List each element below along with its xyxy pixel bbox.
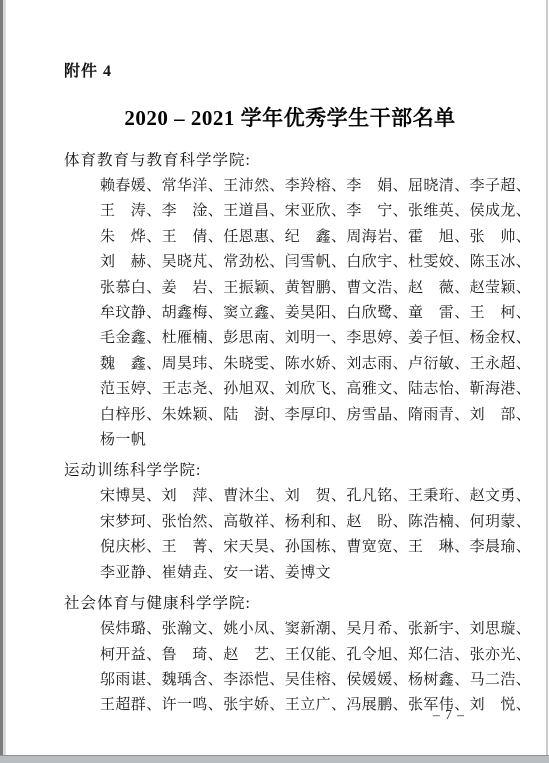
name-line: 朱 烨、王 倩、任恩惠、纪 鑫、周海岩、霍 旭、张 帅、 [100, 225, 516, 250]
section-social-sport-health-names: 侯炜璐、张瀚文、姚小凤、窦新潮、吴月希、张新宇、刘思璇、 柯开益、鲁 琦、赵 艺… [64, 617, 516, 719]
page-number: – 7 – [433, 707, 465, 723]
section-title-pe-education: 体育教育与教育科学学院: [64, 148, 516, 174]
page-title: 2020 – 2021 学年优秀学生干部名单 [64, 103, 516, 133]
section-title-social-sport-health: 社会体育与健康科学学院: [64, 591, 516, 617]
name-line: 杨一帆 [100, 428, 516, 453]
scan-edge-left-soft [3, 0, 6, 763]
name-line: 牟玟静、胡鑫梅、窦立鑫、姜昊阳、白欣鹭、童 雷、王 柯、 [100, 301, 516, 326]
name-line: 李亚静、崔婧垚、安一诺、姜博文 [100, 561, 516, 586]
name-line: 张慕白、姜 岩、王振颖、黄智鹏、曹文浩、赵 薇、赵莹颖、 [100, 276, 516, 301]
section-pe-education-names: 赖春媛、常华洋、王沛然、李羚榕、李 娟、屈晓清、李子超、 王 涛、李 淦、王道昌… [64, 174, 516, 453]
section-sports-training-names: 宋博昊、刘 萍、曹沐尘、刘 贺、孔凡铭、王秉珩、赵文勇、 宋梦珂、张怡然、高敬祥… [64, 484, 516, 586]
name-line: 王 涛、李 淦、王道昌、宋亚欣、李 宁、张维英、侯成龙、 [100, 199, 516, 224]
name-line: 柯开益、鲁 琦、赵 艺、王仅能、孔令旭、郑仁洁、张亦光、 [100, 643, 516, 668]
name-line: 侯炜璐、张瀚文、姚小凤、窦新潮、吴月希、张新宇、刘思璇、 [100, 617, 516, 642]
name-line: 范玉婷、王志尧、孙旭双、刘欣飞、高雅文、陆志怡、靳海港、 [100, 377, 516, 402]
scan-edge-bottom [0, 755, 549, 763]
name-line: 邬雨谌、魏瑀含、李添恺、吴佳榕、侯媛媛、杨树鑫、马二浩、 [100, 668, 516, 693]
document-content: 附件 4 2020 – 2021 学年优秀学生干部名单 体育教育与教育科学学院:… [64, 0, 516, 719]
name-line: 赖春媛、常华洋、王沛然、李羚榕、李 娟、屈晓清、李子超、 [100, 174, 516, 199]
name-line: 魏 鑫、周昊玮、朱晓雯、陈水娇、刘志雨、卢衍敏、王永超、 [100, 352, 516, 377]
attachment-label: 附件 4 [64, 0, 516, 81]
name-line: 宋梦珂、张怡然、高敬祥、杨利和、赵 盼、陈浩楠、何玥蒙、 [100, 510, 516, 535]
name-line: 宋博昊、刘 萍、曹沐尘、刘 贺、孔凡铭、王秉珩、赵文勇、 [100, 484, 516, 509]
scan-edge-right [546, 0, 548, 763]
name-line: 毛金鑫、杜雁楠、彭思南、刘明一、李思婷、姜子恒、杨金权、 [100, 326, 516, 351]
name-line: 倪庆彬、王 菁、宋天昊、孙国栋、曹宽宽、王 琳、李晨瑜、 [100, 535, 516, 560]
name-line: 刘 赫、吴晓芃、常劲松、闫雪帆、白欣宇、杜雯姣、陈玉冰、 [100, 250, 516, 275]
section-title-sports-training: 运动训练科学学院: [64, 458, 516, 484]
document-page: 附件 4 2020 – 2021 学年优秀学生干部名单 体育教育与教育科学学院:… [0, 0, 549, 763]
name-line: 白梓彤、朱姝颖、陆 澍、李厚印、房雪晶、隋雨青、刘 部、 [100, 403, 516, 428]
